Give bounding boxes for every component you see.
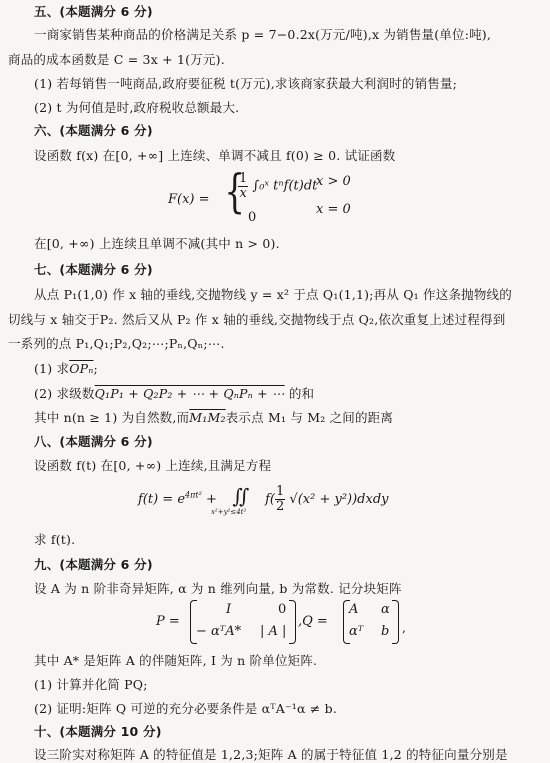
problem-5-part-2: (2) t 为何值是时,政府税收总额最大. (34, 98, 239, 116)
matrix-Q-label: ,Q = (298, 614, 328, 629)
series: Q₁P₁ + Q₂P₂ + ⋯ + QₙPₙ + ⋯ (95, 386, 285, 401)
formula-lhs: F(x) = (168, 192, 210, 207)
problem-5-heading: 五、(本题满分 6 分) (34, 2, 153, 20)
problem-6-heading: 六、(本题满分 6 分) (34, 121, 153, 139)
integral-domain: x²+y²≤4t² (211, 508, 246, 516)
matrix-Q: A α αᵀ b (343, 600, 399, 644)
problem-7-text-4: 其中 n(n ≥ 1) 为自然数,而M₁M₂表示点 M₁ 与 M₂ 之间的距离 (34, 408, 393, 426)
case-1: 1 x ∫₀ˣ tⁿf(t)dt (238, 172, 317, 200)
problem-10-heading: 十、(本题满分 10 分) (34, 722, 162, 740)
fraction: 1 x (238, 172, 248, 200)
problem-8-heading: 八、(本题满分 6 分) (34, 432, 153, 450)
bracket-right (289, 600, 296, 644)
integral-icon: ∬ (232, 484, 249, 508)
problem-8-text-2: 求 f(t). (34, 530, 75, 548)
problem-7-text-1: 从点 P₁(1,0) 作 x 轴的垂线,交抛物线 y = x² 于点 Q₁(1,… (34, 285, 512, 303)
matrix-P: I 0 − αᵀA* | A | (190, 600, 296, 644)
problem-9-part-2: (2) 证明:矩阵 Q 可逆的充分必要条件是 αᵀA⁻¹α ≠ b. (34, 699, 337, 717)
problem-8-formula: f(t) = e4πt² + ∬ x²+y²≤4t² f(12 √(x² + y… (138, 484, 389, 514)
problem-7-text-2: 切线与 x 轴交于P₂. 然后又从 P₂ 作 x 轴的垂线,交抛物线于点 Q₂,… (8, 310, 505, 328)
problem-7-part-1: (1) 求OPₙ; (34, 359, 98, 377)
problem-8-text-1: 设函数 f(t) 在[0, +∞) 上连续,且满足方程 (34, 456, 271, 474)
overline-OPn: OPₙ (69, 361, 93, 376)
bracket-right (392, 600, 399, 644)
matrix-tail: , (402, 620, 406, 635)
problem-6-text-1: 设函数 f(x) 在[0, +∞] 上连续、单调不减且 f(0) ≥ 0. 试证… (34, 146, 395, 164)
case-2-condition: x = 0 (316, 202, 351, 217)
problem-9-text-2: 其中 A* 是矩阵 A 的伴随矩阵, I 为 n 阶单位矩阵. (34, 651, 317, 669)
problem-7-heading: 七、(本题满分 6 分) (34, 260, 153, 278)
problem-7-text-3: 一系列的点 P₁,Q₁;P₂,Q₂;⋯;Pₙ,Qₙ;⋯. (8, 334, 225, 352)
case-2: 0 (248, 210, 256, 225)
overline-M1M2: M₁M₂ (189, 410, 225, 425)
problem-9-part-1: (1) 计算并化简 PQ; (34, 675, 148, 693)
problem-5-part-1: (1) 若每销售一吨商品,政府要征税 t(万元),求该商家获最大利润时的销售量; (34, 74, 457, 92)
problem-5-text-1: 一商家销售某种商品的价格满足关系 p = 7−0.2x(万元/吨),x 为销售量… (34, 25, 491, 43)
problem-5-text-2: 商品的成本函数是 C = 3x + 1(万元). (8, 50, 225, 68)
problem-6-text-2: 在[0, +∞) 上连续且单调不减(其中 n > 0). (34, 234, 280, 252)
problem-9-text-1: 设 A 为 n 阶非奇异矩阵, α 为 n 维列向量, b 为常数. 记分块矩阵 (34, 579, 402, 597)
problem-7-part-2: (2) 求级数Q₁P₁ + Q₂P₂ + ⋯ + QₙPₙ + ⋯ 的和 (34, 384, 314, 402)
problem-9-heading: 九、(本题满分 6 分) (34, 555, 153, 573)
matrix-P-label: P = (156, 614, 180, 629)
case-1-condition: x > 0 (316, 174, 351, 189)
problem-10-text-1: 设三阶实对称矩阵 A 的特征值是 1,2,3;矩阵 A 的属于特征值 1,2 的… (34, 745, 508, 763)
double-integral: ∬ x²+y²≤4t² (221, 484, 261, 508)
